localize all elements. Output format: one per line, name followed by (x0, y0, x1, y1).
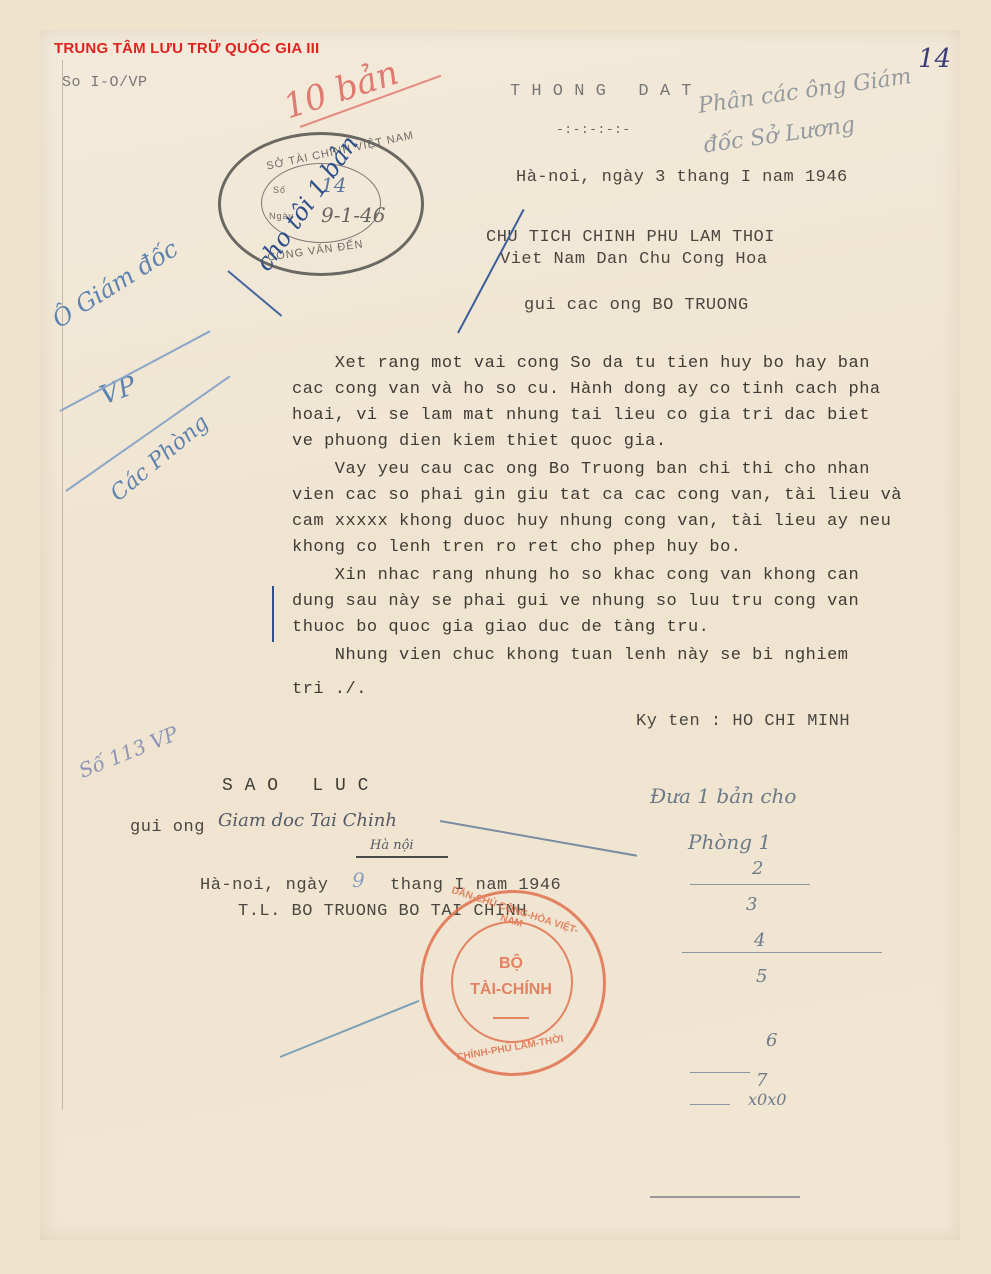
underline (356, 856, 448, 858)
recipient-line: gui cac ong BO TRUONG (524, 296, 749, 315)
body-line: vien cac so phai gin giu tat ca cac cong… (292, 486, 902, 505)
list-rule (690, 1072, 750, 1073)
copy-title: S A O L U C (222, 776, 369, 796)
stamp-number-label: Số (273, 185, 286, 195)
body-line: Xet rang mot vai cong So da tu tien huy … (292, 354, 870, 373)
distribution-item: 4 (754, 930, 765, 951)
body-line: Vay yeu cau cac ong Bo Truong ban chi th… (292, 460, 870, 479)
date-line: Hà-noi, ngày 3 thang I nam 1946 (516, 168, 848, 187)
distribution-item: 3 (746, 894, 757, 915)
sender-line-2: Viet Nam Dan Chu Cong Hoa (500, 250, 768, 269)
list-rule (690, 1104, 730, 1105)
body-line: khong co lenh tren ro ret cho phep huy b… (292, 538, 741, 557)
distribution-item: 7 (756, 1070, 767, 1091)
archive-label: TRUNG TÂM LƯU TRỮ QUỐC GIA III (54, 40, 319, 57)
distribution-item: x0x0 (748, 1090, 786, 1109)
copy-to-handwritten: Giam doc Tai Chinh (218, 810, 397, 831)
seal-dash (493, 1017, 529, 1019)
body-line: cac cong van và ho so cu. Hành dong ay c… (292, 380, 881, 399)
margin-line (62, 60, 63, 1110)
body-line: ve phuong dien kiem thiet quoc gia. (292, 432, 667, 451)
body-line: thuoc bo quoc gia giao duc de tàng tru. (292, 618, 709, 637)
body-line: dung sau này se phai gui ve nhung so luu… (292, 592, 859, 611)
distribution-title: Đưa 1 bản cho (650, 784, 796, 808)
arrow-stroke (650, 1196, 800, 1198)
body-line: tri ./. (292, 680, 367, 699)
copy-date-day: 9 (352, 868, 365, 892)
distribution-item: 6 (766, 1030, 777, 1051)
signature-line: Ky ten : HO CHI MINH (636, 712, 850, 731)
copy-to-city: Hà nội (370, 838, 414, 853)
stamp-date: 9-1-46 (321, 203, 385, 227)
copy-to-prefix: gui ong (130, 818, 205, 837)
list-rule (682, 952, 882, 953)
body-line: hoai, vi se lam mat nhung tai lieu co gi… (292, 406, 870, 425)
copy-date-prefix: Hà-noi, ngày (200, 876, 328, 895)
body-line: Nhung vien chuc khong tuan lenh này se b… (292, 646, 849, 665)
seal-center-2: TÀI-CHÍNH (423, 981, 599, 999)
title-separator: -:-:-:-:- (556, 122, 631, 137)
ministry-seal: DÂN-CHỦ CỘNG-HÒA VIỆT-NAM CHÍNH-PHỦ LÂM-… (420, 890, 606, 1076)
distribution-item: 2 (752, 858, 763, 879)
list-rule (690, 884, 810, 885)
distribution-item: Phòng 1 (688, 830, 771, 854)
seal-center-1: BỘ (423, 955, 599, 973)
body-line: cam xxxxx khong duoc huy nhung cong van,… (292, 512, 891, 531)
body-line: Xin nhac rang nhung ho so khac cong van … (292, 566, 859, 585)
margin-mark (272, 586, 274, 642)
distribution-item: 5 (756, 966, 767, 987)
sender-line-1: CHU TICH CHINH PHU LAM THOI (486, 228, 775, 247)
document-title: T H O N G D A T (510, 82, 692, 101)
reference-number: So I-O/VP (62, 74, 148, 91)
